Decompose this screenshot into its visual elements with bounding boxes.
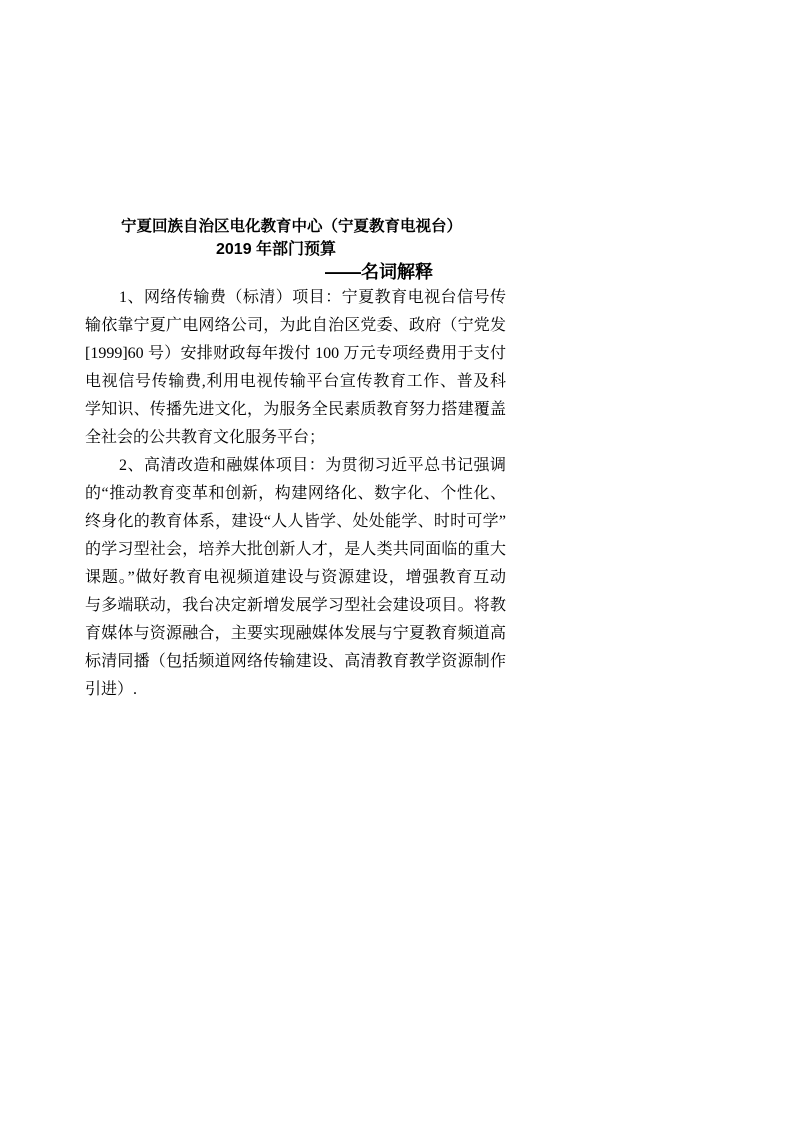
document-title-line3: ——名词解释 [85, 261, 506, 284]
paragraph-1: 1、网络传输费（标清）项目：宁夏教育电视台信号传 输依靠宁夏广电网络公司，为此自… [85, 284, 506, 452]
paragraph-2-line-2: 的“推动教育变革和创新，构建网络化、数字化、个性化、 [85, 480, 506, 508]
paragraph-2-line-8: 标清同播（包括频道网络传输建设、高清教育教学资源制作 [85, 648, 506, 676]
paragraph-1-line-2: 输依靠宁夏广电网络公司，为此自治区党委、政府（宁党发 [85, 312, 506, 340]
paragraph-2-line-3: 终身化的教育体系，建设“人人皆学、处处能学、时时可学” [85, 508, 506, 536]
document-body: 1、网络传输费（标清）项目：宁夏教育电视台信号传 输依靠宁夏广电网络公司，为此自… [85, 284, 506, 704]
paragraph-1-line-6: 全社会的公共教育文化服务平台； [85, 424, 506, 452]
paragraph-2-line-6: 与多端联动，我台决定新增发展学习型社会建设项目。将教 [85, 592, 506, 620]
paragraph-1-line-1: 1、网络传输费（标清）项目：宁夏教育电视台信号传 [85, 284, 506, 312]
paragraph-2-line-9: 引进）. [85, 676, 506, 704]
paragraph-2-line-4: 的学习型社会，培养大批创新人才，是人类共同面临的重大 [85, 536, 506, 564]
paragraph-2-line-5: 课题。”做好教育电视频道建设与资源建设，增强教育互动 [85, 564, 506, 592]
document-title-line2: 2019 年部门预算 [85, 238, 506, 261]
document-page: 宁夏回族自治区电化教育中心（宁夏教育电视台） 2019 年部门预算 ——名词解释… [0, 0, 793, 1122]
paragraph-2: 2、高清改造和融媒体项目：为贯彻习近平总书记强调 的“推动教育变革和创新，构建网… [85, 452, 506, 704]
paragraph-1-line-3: [1999]60 号）安排财政每年拨付 100 万元专项经费用于支付 [85, 340, 506, 368]
paragraph-1-line-4: 电视信号传输费,利用电视传输平台宣传教育工作、普及科 [85, 368, 506, 396]
paragraph-1-line-5: 学知识、传播先进文化，为服务全民素质教育努力搭建覆盖 [85, 396, 506, 424]
paragraph-2-line-1: 2、高清改造和融媒体项目：为贯彻习近平总书记强调 [85, 452, 506, 480]
document-title: 宁夏回族自治区电化教育中心（宁夏教育电视台） 2019 年部门预算 ——名词解释 [85, 215, 506, 284]
document-content: 宁夏回族自治区电化教育中心（宁夏教育电视台） 2019 年部门预算 ——名词解释… [85, 215, 506, 704]
paragraph-2-line-7: 育媒体与资源融合，主要实现融媒体发展与宁夏教育频道高 [85, 620, 506, 648]
document-title-line1: 宁夏回族自治区电化教育中心（宁夏教育电视台） [85, 215, 506, 238]
